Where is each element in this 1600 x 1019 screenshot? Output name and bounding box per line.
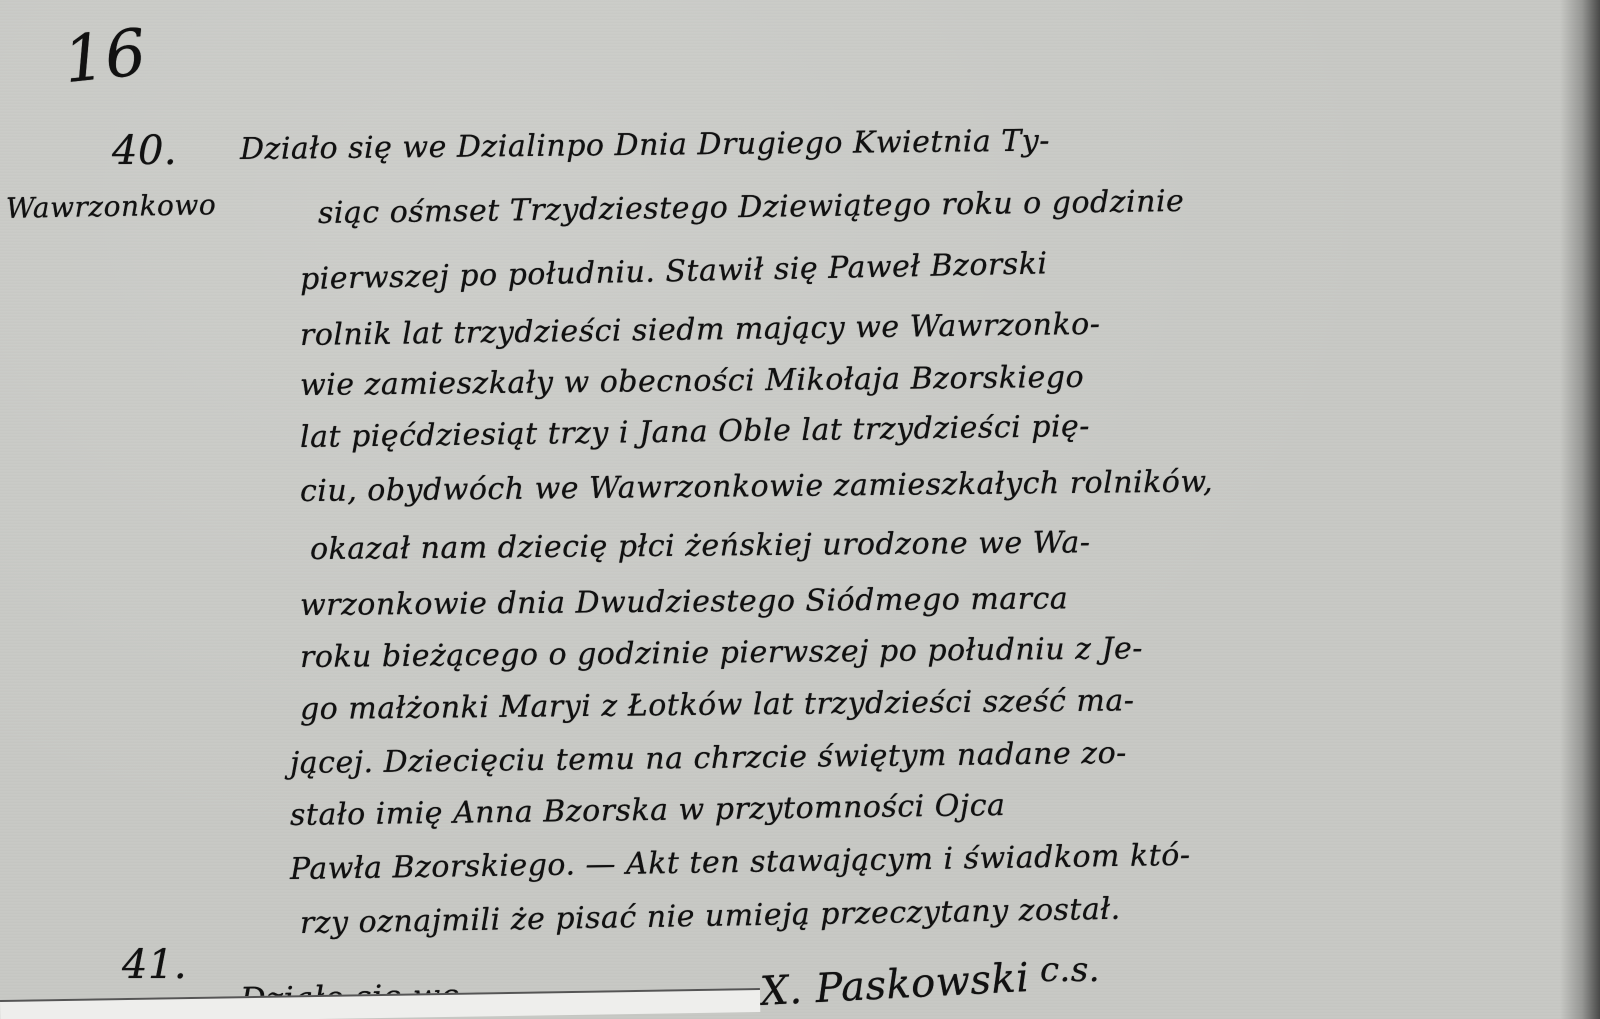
- record-line: rolnik lat trzydzieści siedm mający we W…: [300, 307, 1101, 353]
- act-number: 40.: [112, 128, 177, 174]
- priest-signature: X. Paskowski: [759, 955, 1031, 1015]
- margin-note-village: Wawrzonkowo: [6, 188, 217, 225]
- record-line: ciu, obydwóch we Wawrzonkowie zamieszkał…: [300, 464, 1213, 509]
- record-line: wrzonkowie dnia Dwudziestego Siódmego ma…: [300, 581, 1069, 623]
- record-line: wie zamieszkały w obecności Mikołaja Bzo…: [300, 360, 1084, 403]
- document-page: 16 40. Wawrzonkowo Działo się we Dzialin…: [0, 0, 1600, 1019]
- record-line: roku bieżącego o godzinie pierwszej po p…: [300, 631, 1143, 675]
- record-line: pierwszej po południu. Stawił się Paweł …: [300, 246, 1048, 297]
- record-line: stało imię Anna Bzorska w przytomności O…: [290, 788, 1006, 833]
- record-line: okazał nam dziecię płci żeńskiej urodzon…: [310, 525, 1091, 567]
- record-line: siąc ośmset Trzydziestego Dziewiątego ro…: [318, 184, 1185, 231]
- record-line: Pawła Bzorskiego. — Akt ten stawającym i…: [290, 838, 1191, 887]
- act-number: 41.: [122, 942, 187, 988]
- signature-mark: c.s.: [1040, 950, 1100, 990]
- binding-edge: [1560, 0, 1600, 1019]
- record-line: jącej. Dziecięciu temu na chrzcie święty…: [290, 736, 1127, 781]
- record-line: rzy oznajmili że pisać nie umieją przecz…: [300, 892, 1121, 941]
- record-line: lat pięćdziesiąt trzy i Jana Oble lat tr…: [300, 409, 1090, 455]
- page-number: 16: [60, 16, 150, 98]
- record-line: Działo się we Dzialinpo Dnia Drugiego Kw…: [240, 124, 1050, 167]
- record-line: go małżonki Maryi z Łotków lat trzydzieś…: [300, 683, 1135, 727]
